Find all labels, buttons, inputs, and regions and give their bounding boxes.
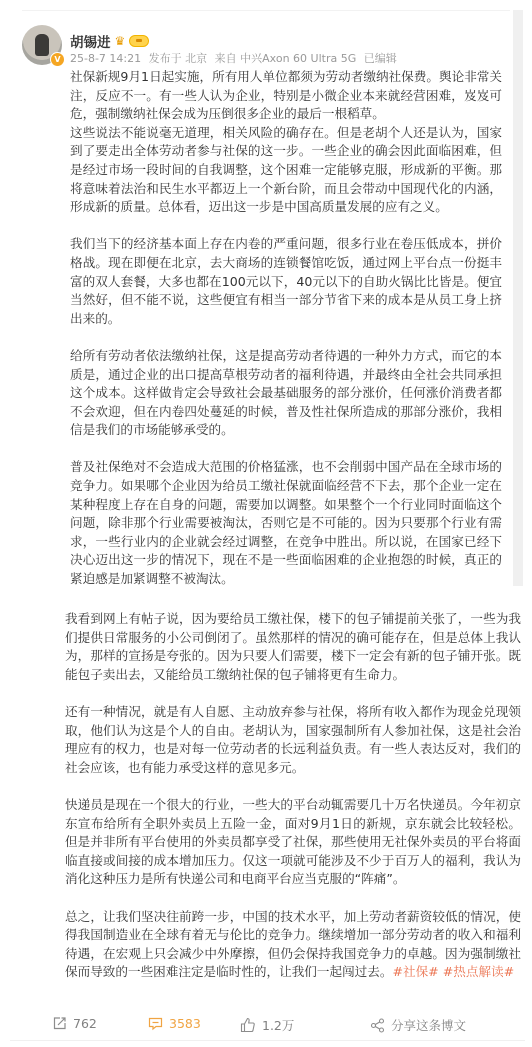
post-meta: 25-8-7 14:21 发布于 北京 来自 中兴Axon 60 Ultra 5… [70, 50, 401, 66]
paragraph: 社保新规9月1日起实施，所有用人单位都须为劳动者缴纳社保费。舆论非常关注，反应不… [70, 68, 502, 124]
avatar-figure [35, 34, 49, 56]
action-bar: 762 3583 1.2万 分享这条博文 [0, 1010, 532, 1040]
vip-level-icon[interactable] [129, 35, 149, 47]
like-count: 1.2万 [262, 1016, 294, 1034]
comment-count: 3583 [169, 1016, 201, 1031]
share-label: 分享这条博文 [391, 1016, 466, 1034]
post-location: 发布于 北京 [149, 52, 208, 65]
paragraph: 快递员是现在一个很大的行业，一些大的平台动辄需要几十万名快递员。今年初京东宣布给… [65, 796, 521, 889]
post-body-bottom: 我看到网上有帖子说，因为要给员工缴社保，楼下的包子铺提前关张了，一些为我们提供日… [65, 598, 521, 982]
repost-icon [52, 1016, 67, 1031]
like-button[interactable]: 1.2万 [240, 1016, 294, 1034]
verified-badge-icon: V [50, 52, 65, 67]
repost-count: 762 [73, 1016, 97, 1031]
paragraph: 这些说法不能说毫无道理，相关风险的确存在。但是老胡个人还是认为，国家到了要走出全… [70, 124, 502, 217]
paragraph-final: 总之，让我们坚决往前跨一步，中国的技术水平，加上劳动者薪资较低的情况，使得我国制… [65, 908, 521, 982]
post-device: 来自 中兴Axon 60 Ultra 5G [215, 52, 357, 65]
author-name[interactable]: 胡锡进 [70, 31, 111, 51]
paragraph: 普及社保绝对不会造成大范围的价格猛涨，也不会削弱中国产品在全球市场的竞争力。如果… [70, 458, 502, 588]
paragraph: 我们当下的经济基本面上存在内卷的严重问题，很多行业在卷压低成本，拼价格战。现在即… [70, 235, 502, 328]
repost-button[interactable]: 762 [52, 1016, 97, 1031]
paragraph: 还有一种情况，就是有人自愿、主动放弃参与社保，将所有收入都作为现金兑现领取，他们… [65, 703, 521, 777]
thumbs-up-icon [240, 1017, 256, 1033]
comment-button[interactable]: 3583 [148, 1016, 201, 1031]
edited-label[interactable]: 已编辑 [364, 52, 397, 65]
post-body-top: 社保新规9月1日起实施，所有用人单位都须为劳动者缴纳社保费。舆论非常关注，反应不… [70, 68, 502, 589]
author-row: 胡锡进 ♛ [70, 31, 149, 51]
paragraph: 我看到网上有帖子说，因为要给员工缴社保，楼下的包子铺提前关张了，一些为我们提供日… [65, 610, 521, 684]
post-time[interactable]: 25-8-7 14:21 [70, 52, 141, 65]
share-icon [370, 1018, 385, 1033]
crown-vip-icon[interactable]: ♛ [115, 35, 126, 47]
share-button[interactable]: 分享这条博文 [370, 1016, 466, 1034]
hashtag-link[interactable]: #社保# [392, 964, 438, 979]
paragraph: 给所有劳动者依法缴纳社保，这是提高劳动者待遇的一种外力方式，而它的本质是，通过企… [70, 347, 502, 440]
comment-icon [148, 1016, 163, 1031]
hashtag-link[interactable]: #热点解读# [443, 964, 514, 979]
scrollbar-track[interactable] [513, 10, 523, 586]
